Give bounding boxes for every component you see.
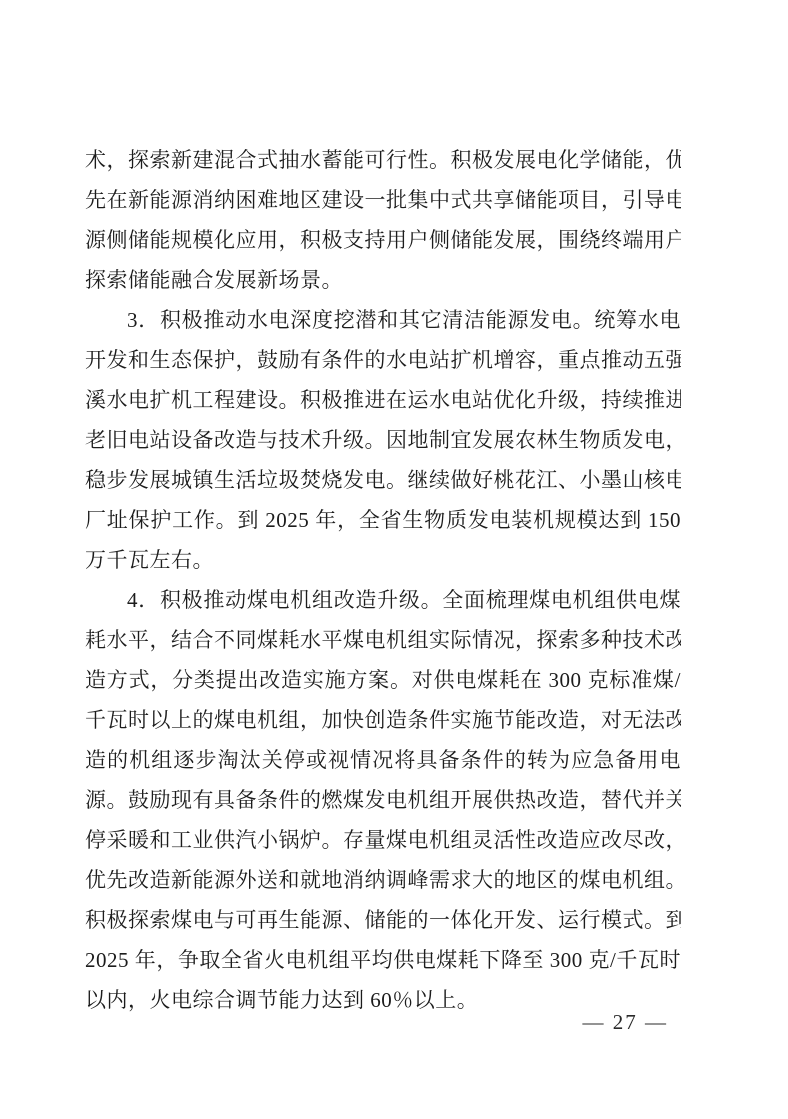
text-line: 4．积极推动煤电机组改造升级。全面梳理煤电机组供电煤 [85,580,681,620]
paragraph-item-4-coal-power: 4．积极推动煤电机组改造升级。全面梳理煤电机组供电煤 耗水平，结合不同煤耗水平煤… [85,580,681,1020]
text-line: 老旧电站设备改造与技术升级。因地制宜发展农林生物质发电， [85,420,681,460]
text-line: 万千瓦左右。 [85,540,681,580]
paragraph-item-3-hydropower: 3．积极推动水电深度挖潜和其它清洁能源发电。统筹水电 开发和生态保护，鼓励有条件… [85,300,681,580]
paragraph-storage-continuation: 术，探索新建混合式抽水蓄能可行性。积极发展电化学储能，优 先在新能源消纳困难地区… [85,140,681,300]
text-line: 术，探索新建混合式抽水蓄能可行性。积极发展电化学储能，优 [85,140,681,180]
text-line: 稳步发展城镇生活垃圾焚烧发电。继续做好桃花江、小墨山核电 [85,460,681,500]
text-line: 造方式，分类提出改造实施方案。对供电煤耗在 300 克标准煤/ [85,660,681,700]
document-body-text: 术，探索新建混合式抽水蓄能可行性。积极发展电化学储能，优 先在新能源消纳困难地区… [85,140,681,1020]
text-line: 2025 年，争取全省火电机组平均供电煤耗下降至 300 克/千瓦时 [85,940,681,980]
text-line: 溪水电扩机工程建设。积极推进在运水电站优化升级，持续推进 [85,380,681,420]
text-line: 优先改造新能源外送和就地消纳调峰需求大的地区的煤电机组。 [85,860,681,900]
document-page: 术，探索新建混合式抽水蓄能可行性。积极发展电化学储能，优 先在新能源消纳困难地区… [0,0,788,1119]
text-line: 耗水平，结合不同煤耗水平煤电机组实际情况，探索多种技术改 [85,620,681,660]
text-line: 停采暖和工业供汽小锅炉。存量煤电机组灵活性改造应改尽改， [85,820,681,860]
text-line: 积极探索煤电与可再生能源、储能的一体化开发、运行模式。到 [85,900,681,940]
text-line: 探索储能融合发展新场景。 [85,260,681,300]
text-line: 先在新能源消纳困难地区建设一批集中式共享储能项目，引导电 [85,180,681,220]
text-line: 厂址保护工作。到 2025 年，全省生物质发电装机规模达到 150 [85,500,681,540]
text-line: 千瓦时以上的煤电机组，加快创造条件实施节能改造，对无法改 [85,700,681,740]
text-line: 源。鼓励现有具备条件的燃煤发电机组开展供热改造，替代并关 [85,780,681,820]
page-number: — 27 — [583,1008,669,1036]
text-line: 造的机组逐步淘汰关停或视情况将具备条件的转为应急备用电 [85,740,681,780]
text-line: 3．积极推动水电深度挖潜和其它清洁能源发电。统筹水电 [85,300,681,340]
text-line: 开发和生态保护，鼓励有条件的水电站扩机增容，重点推动五强 [85,340,681,380]
text-line: 源侧储能规模化应用，积极支持用户侧储能发展，围绕终端用户 [85,220,681,260]
